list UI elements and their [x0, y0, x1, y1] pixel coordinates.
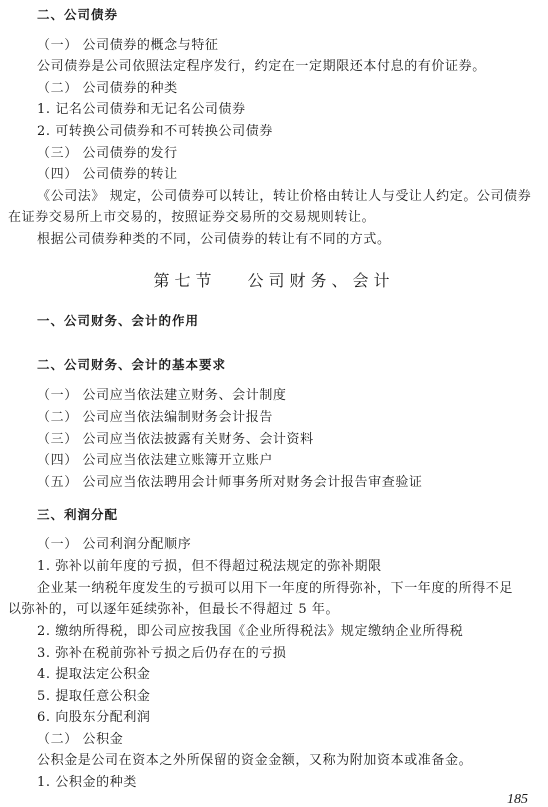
page-number: 185	[507, 792, 528, 807]
text-line: 公司债券是公司依照法定程序发行，约定在一定期限还本付息的有价证券。	[37, 59, 486, 75]
text-line: 3. 弥补在税前弥补亏损之后仍存在的亏损	[37, 646, 287, 662]
text-line: 企业某一纳税年度发生的亏损可以用下一年度的所得弥补，下一年度的所得不足	[37, 581, 513, 597]
section-heading: 一、公司财务、会计的作用	[37, 313, 199, 329]
text-line: 1. 弥补以前年度的亏损，但不得超过税法规定的弥补期限	[37, 559, 382, 575]
text-line: （三） 公司债券的发行	[37, 146, 178, 162]
text-line: （四） 公司应当依法建立账簿开立账户	[37, 453, 273, 469]
text-line: （一） 公司应当依法建立财务、会计制度	[37, 388, 287, 404]
text-line: （四） 公司债券的转让	[37, 167, 178, 183]
text-line: 5. 提取任意公积金	[37, 689, 151, 705]
text-line: 2. 可转换公司债券和不可转换公司债券	[37, 124, 273, 140]
text-line: 以弥补的，可以逐年延续弥补，但最长不得超过 5 年。	[8, 602, 339, 618]
text-line: 公积金是公司在资本之外所保留的资金金额，又称为附加资本或准备金。	[37, 753, 472, 769]
text-line: 在证券交易所上市交易的，按照证券交易所的交易规则转让。	[8, 210, 375, 226]
text-line: 根据公司债券种类的不同，公司债券的转让有不同的方式。	[37, 232, 391, 248]
text-line: （三） 公司应当依法披露有关财务、会计资料	[37, 432, 314, 448]
text-line: （五） 公司应当依法聘用会计师事务所对财务会计报告审查验证	[37, 475, 423, 491]
text-line: 《公司法》 规定，公司债券可以转让，转让价格由转让人与受让人约定。公司债券	[37, 189, 531, 205]
text-line: 1. 记名公司债券和无记名公司债券	[37, 102, 246, 118]
text-line: 2. 缴纳所得税，即公司应按我国《企业所得税法》规定缴纳企业所得税	[37, 624, 463, 640]
text-line: （二） 公积金	[37, 732, 123, 748]
section-title: 第七节 公司财务、会计	[0, 268, 548, 291]
text-line: （一） 公司利润分配顺序	[37, 537, 191, 553]
text-line: 6. 向股东分配利润	[37, 710, 151, 726]
section-heading: 三、利润分配	[37, 507, 118, 523]
section-heading: 二、公司债券	[37, 7, 118, 23]
text-line: 4. 提取法定公积金	[37, 667, 151, 683]
text-line: （二） 公司应当依法编制财务会计报告	[37, 410, 273, 426]
text-line: （二） 公司债券的种类	[37, 81, 178, 97]
text-line: 1. 公积金的种类	[37, 775, 137, 791]
text-line: （一） 公司债券的概念与特征	[37, 38, 219, 54]
section-heading: 二、公司财务、会计的基本要求	[37, 357, 226, 373]
